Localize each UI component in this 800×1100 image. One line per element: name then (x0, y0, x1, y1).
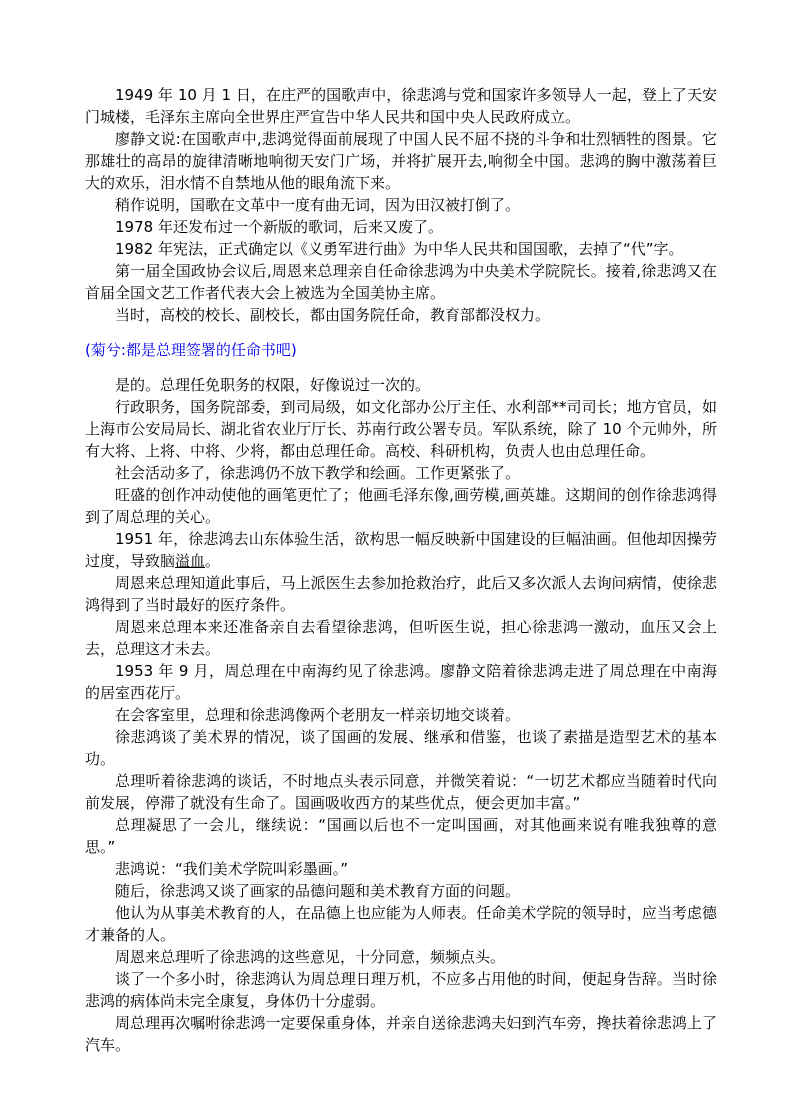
paragraph-text: 行政职务，国务院部委，到司局级，如文化部办公厅主任、水利部**司司长；地方官员，… (85, 398, 717, 460)
paragraph: 总理听着徐悲鸿的谈话，不时地点头表示同意，并微笑着说：“一切艺术都应当随着时代向… (85, 770, 717, 814)
document-content: 1949 年 10 月 1 日，在庄严的国歌声中，徐悲鸿与党和国家许多领导人一起… (85, 84, 717, 1056)
underlined-term: 溢血 (175, 552, 205, 570)
paragraph-text: 1949 年 10 月 1 日，在庄严的国歌声中，徐悲鸿与党和国家许多领导人一起… (85, 86, 717, 126)
paragraph: 他认为从事美术教育的人，在品德上也应能为人师表。任命美术学院的领导时，应当考虑德… (85, 902, 717, 946)
paragraph: 旺盛的创作冲动使他的画笔更忙了；他画毛泽东像,画劳模,画英雄。这期间的创作徐悲鸿… (85, 484, 717, 528)
paragraph-text: (菊兮:都是总理签署的任命书吧) (85, 341, 297, 359)
paragraph-text: 徐悲鸿谈了美术界的情况，谈了国画的发展、继承和借鉴，也谈了素描是造型艺术的基本功… (85, 728, 717, 768)
paragraph: 行政职务，国务院部委，到司局级，如文化部办公厅主任、水利部**司司长；地方官员，… (85, 396, 717, 462)
paragraph-text: 总理凝思了一会儿，继续说：“国画以后也不一定叫国画，对其他画来说有唯我独尊的意思… (85, 816, 717, 856)
paragraph-text: 廖静文说:在国歌声中,悲鸿觉得面前展现了中国人民不屈不挠的斗争和壮烈牺牲的图景。… (85, 130, 717, 192)
paragraph: 谈了一个多小时，徐悲鸿认为周总理日理万机，不应多占用他的时间，便起身告辞。当时徐… (85, 968, 717, 1012)
paragraph-text: 他认为从事美术教育的人，在品德上也应能为人师表。任命美术学院的领导时，应当考虑德… (85, 904, 717, 944)
paragraph-text: 1953 年 9 月，周总理在中南海约见了徐悲鸿。廖静文陪着徐悲鸿走进了周总理在… (85, 662, 717, 702)
paragraph: 周总理再次嘱咐徐悲鸿一定要保重身体，并亲自送徐悲鸿夫妇到汽车旁，搀扶着徐悲鸿上了… (85, 1012, 717, 1056)
paragraph-text: 是的。总理任免职务的权限，好像说过一次的。 (115, 376, 430, 394)
paragraph: 周恩来总理知道此事后，马上派医生去参加抢救治疗，此后又多次派人去询问病情，使徐悲… (85, 572, 717, 616)
paragraph: 是的。总理任免职务的权限，好像说过一次的。 (85, 374, 717, 396)
paragraph-text: 1982 年宪法，正式确定以《义勇军进行曲》为中华人民共和国国歌，去掉了“代”字… (115, 240, 684, 258)
paragraph: 总理凝思了一会儿，继续说：“国画以后也不一定叫国画，对其他画来说有唯我独尊的意思… (85, 814, 717, 858)
paragraph: 廖静文说:在国歌声中,悲鸿觉得面前展现了中国人民不屈不挠的斗争和壮烈牺牲的图景。… (85, 128, 717, 194)
paragraph: 徐悲鸿谈了美术界的情况，谈了国画的发展、继承和借鉴，也谈了素描是造型艺术的基本功… (85, 726, 717, 770)
paragraph-text: 悲鸿说：“我们美术学院叫彩墨画。” (115, 860, 348, 878)
document-page: 1949 年 10 月 1 日，在庄严的国歌声中，徐悲鸿与党和国家许多领导人一起… (0, 0, 800, 1100)
paragraph-text: 随后，徐悲鸿又谈了画家的品德问题和美术教育方面的问题。 (115, 882, 520, 900)
paragraph-text: 周恩来总理本来还准备亲自去看望徐悲鸿，但听医生说，担心徐悲鸿一激动，血压又会上去… (85, 618, 717, 658)
paragraph-text: 当时，高校的校长、副校长，都由国务院任命，教育部都没权力。 (115, 306, 550, 324)
paragraph-text: 旺盛的创作冲动使他的画笔更忙了；他画毛泽东像,画劳模,画英雄。这期间的创作徐悲鸿… (85, 486, 717, 526)
paragraph: 稍作说明，国歌在文革中一度有曲无词，因为田汉被打倒了。 (85, 194, 717, 216)
paragraph: 周恩来总理听了徐悲鸿的这些意见，十分同意，频频点头。 (85, 946, 717, 968)
paragraph-text: 社会活动多了，徐悲鸿仍不放下教学和绘画。工作更紧张了。 (115, 464, 520, 482)
paragraph: 周恩来总理本来还准备亲自去看望徐悲鸿，但听医生说，担心徐悲鸿一激动，血压又会上去… (85, 616, 717, 660)
paragraph: 1953 年 9 月，周总理在中南海约见了徐悲鸿。廖静文陪着徐悲鸿走进了周总理在… (85, 660, 717, 704)
paragraph-text: 。 (205, 552, 220, 570)
paragraph: 在会客室里，总理和徐悲鸿像两个老朋友一样亲切地交谈着。 (85, 704, 717, 726)
paragraph-text: 稍作说明，国歌在文革中一度有曲无词，因为田汉被打倒了。 (115, 196, 520, 214)
paragraph: 1978 年还发布过一个新版的歌词，后来又废了。 (85, 216, 717, 238)
paragraph-text: 周总理再次嘱咐徐悲鸿一定要保重身体，并亲自送徐悲鸿夫妇到汽车旁，搀扶着徐悲鸿上了… (85, 1014, 717, 1054)
paragraph-text: 在会客室里，总理和徐悲鸿像两个老朋友一样亲切地交谈着。 (115, 706, 520, 724)
paragraph-text: 周恩来总理听了徐悲鸿的这些意见，十分同意，频频点头。 (115, 948, 505, 966)
paragraph: 随后，徐悲鸿又谈了画家的品德问题和美术教育方面的问题。 (85, 880, 717, 902)
paragraph: 1949 年 10 月 1 日，在庄严的国歌声中，徐悲鸿与党和国家许多领导人一起… (85, 84, 717, 128)
paragraph-text: 总理听着徐悲鸿的谈话，不时地点头表示同意，并微笑着说：“一切艺术都应当随着时代向… (85, 772, 717, 812)
paragraph: 当时，高校的校长、副校长，都由国务院任命，教育部都没权力。 (85, 304, 717, 326)
paragraph-text: 1978 年还发布过一个新版的歌词，后来又废了。 (115, 218, 443, 236)
paragraph: 社会活动多了，徐悲鸿仍不放下教学和绘画。工作更紧张了。 (85, 462, 717, 484)
paragraph: 第一届全国政协会议后,周恩来总理亲自任命徐悲鸿为中央美术学院院长。接着,徐悲鸿又… (85, 260, 717, 304)
annotation-paragraph: (菊兮:都是总理签署的任命书吧) (85, 339, 717, 361)
paragraph: 1951 年，徐悲鸿去山东体验生活，欲构思一幅反映新中国建设的巨幅油画。但他却因… (85, 528, 717, 572)
paragraph: 1982 年宪法，正式确定以《义勇军进行曲》为中华人民共和国国歌，去掉了“代”字… (85, 238, 717, 260)
paragraph: 悲鸿说：“我们美术学院叫彩墨画。” (85, 858, 717, 880)
paragraph-text: 第一届全国政协会议后,周恩来总理亲自任命徐悲鸿为中央美术学院院长。接着,徐悲鸿又… (85, 262, 717, 302)
paragraph-text: 周恩来总理知道此事后，马上派医生去参加抢救治疗，此后又多次派人去询问病情，使徐悲… (85, 574, 717, 614)
paragraph-text: 谈了一个多小时，徐悲鸿认为周总理日理万机，不应多占用他的时间，便起身告辞。当时徐… (85, 970, 717, 1010)
